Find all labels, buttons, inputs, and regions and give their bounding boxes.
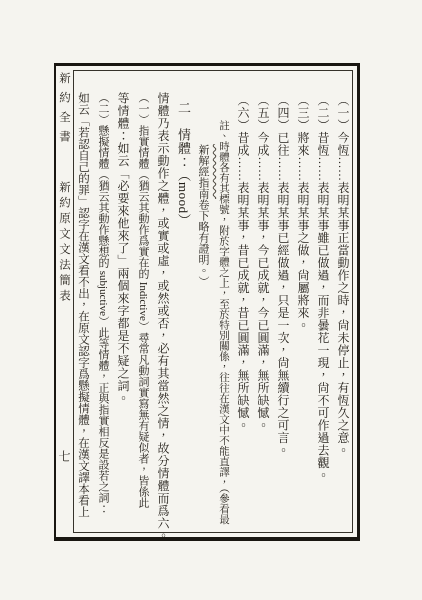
tense-item-3: （三）將來……表明某事之做，尙屬將來。: [293, 70, 313, 533]
tense-item-1: （一）今恆……表明某事正當動作之時，尙未停止，有恆久之意。: [333, 70, 353, 533]
body-column-2: （一）指實情體（猶云其動作爲實在的 Indictive）尋常凡動詞實寫無有疑似者…: [133, 70, 153, 533]
note-continuation-column: 新解經指南卷下略有證明。）: [193, 70, 213, 533]
body-column-3: 等情體：如云「必要來他來了」兩個來字都是不疑之詞。: [113, 70, 133, 533]
page-number: 七: [57, 450, 71, 462]
page-text-block: （一）今恆……表明某事正當動作之時，尙未停止，有恆久之意。 （二）昔恆……表明某…: [73, 70, 353, 533]
margin-strip: 新約全書 新約原文文法簡表 七: [55, 72, 73, 530]
body-column-1: 情體乃表示動作之體，或實或虛，或然或否，必有其當然之情，故分情體而爲六。: [153, 70, 173, 533]
margin-volume-title: 新約原文文法簡表: [58, 181, 70, 305]
tense-item-5: （五）今成……表明某事，今已成就，今已圓滿，無所缺憾。: [253, 70, 273, 533]
book-title-underline: 新解經指南: [197, 144, 209, 199]
note-column: 註、時體各有其標號，附於字體之上，至於特別關係，往往在漢文中不能直譯，（參看最: [213, 70, 233, 533]
tense-item-6: （六）昔成……表明某事，昔已成就，昔已圓滿，無所缺憾。: [233, 70, 253, 533]
body-column-5: 如云「若認自己的罪」認字在漢文看不出，在原文認字爲懸擬情體，在漢文譯本看上: [73, 70, 93, 533]
margin-series-title: 新約全書: [58, 72, 70, 150]
body-column-4: （二）懸擬情體（猶云其動作懸想的 subjuctive）此等情體，正與指實相反是…: [93, 70, 113, 533]
tense-item-2: （二）昔恆……表明某事雖已做過，而非曇花一現，尙不可作過去觀。: [313, 70, 333, 533]
scanned-book-page: 新約全書 新約原文文法簡表 七 （一）今恆……表明某事正當動作之時，尙未停止，有…: [0, 0, 422, 600]
section-heading: 二 情體：（mood）: [173, 70, 193, 533]
note-continuation-rest: 卷下略有證明。）: [197, 199, 209, 287]
tense-item-4: （四）已往……表明某事已經做過，只是一次，尙無續行之可言。: [273, 70, 293, 533]
